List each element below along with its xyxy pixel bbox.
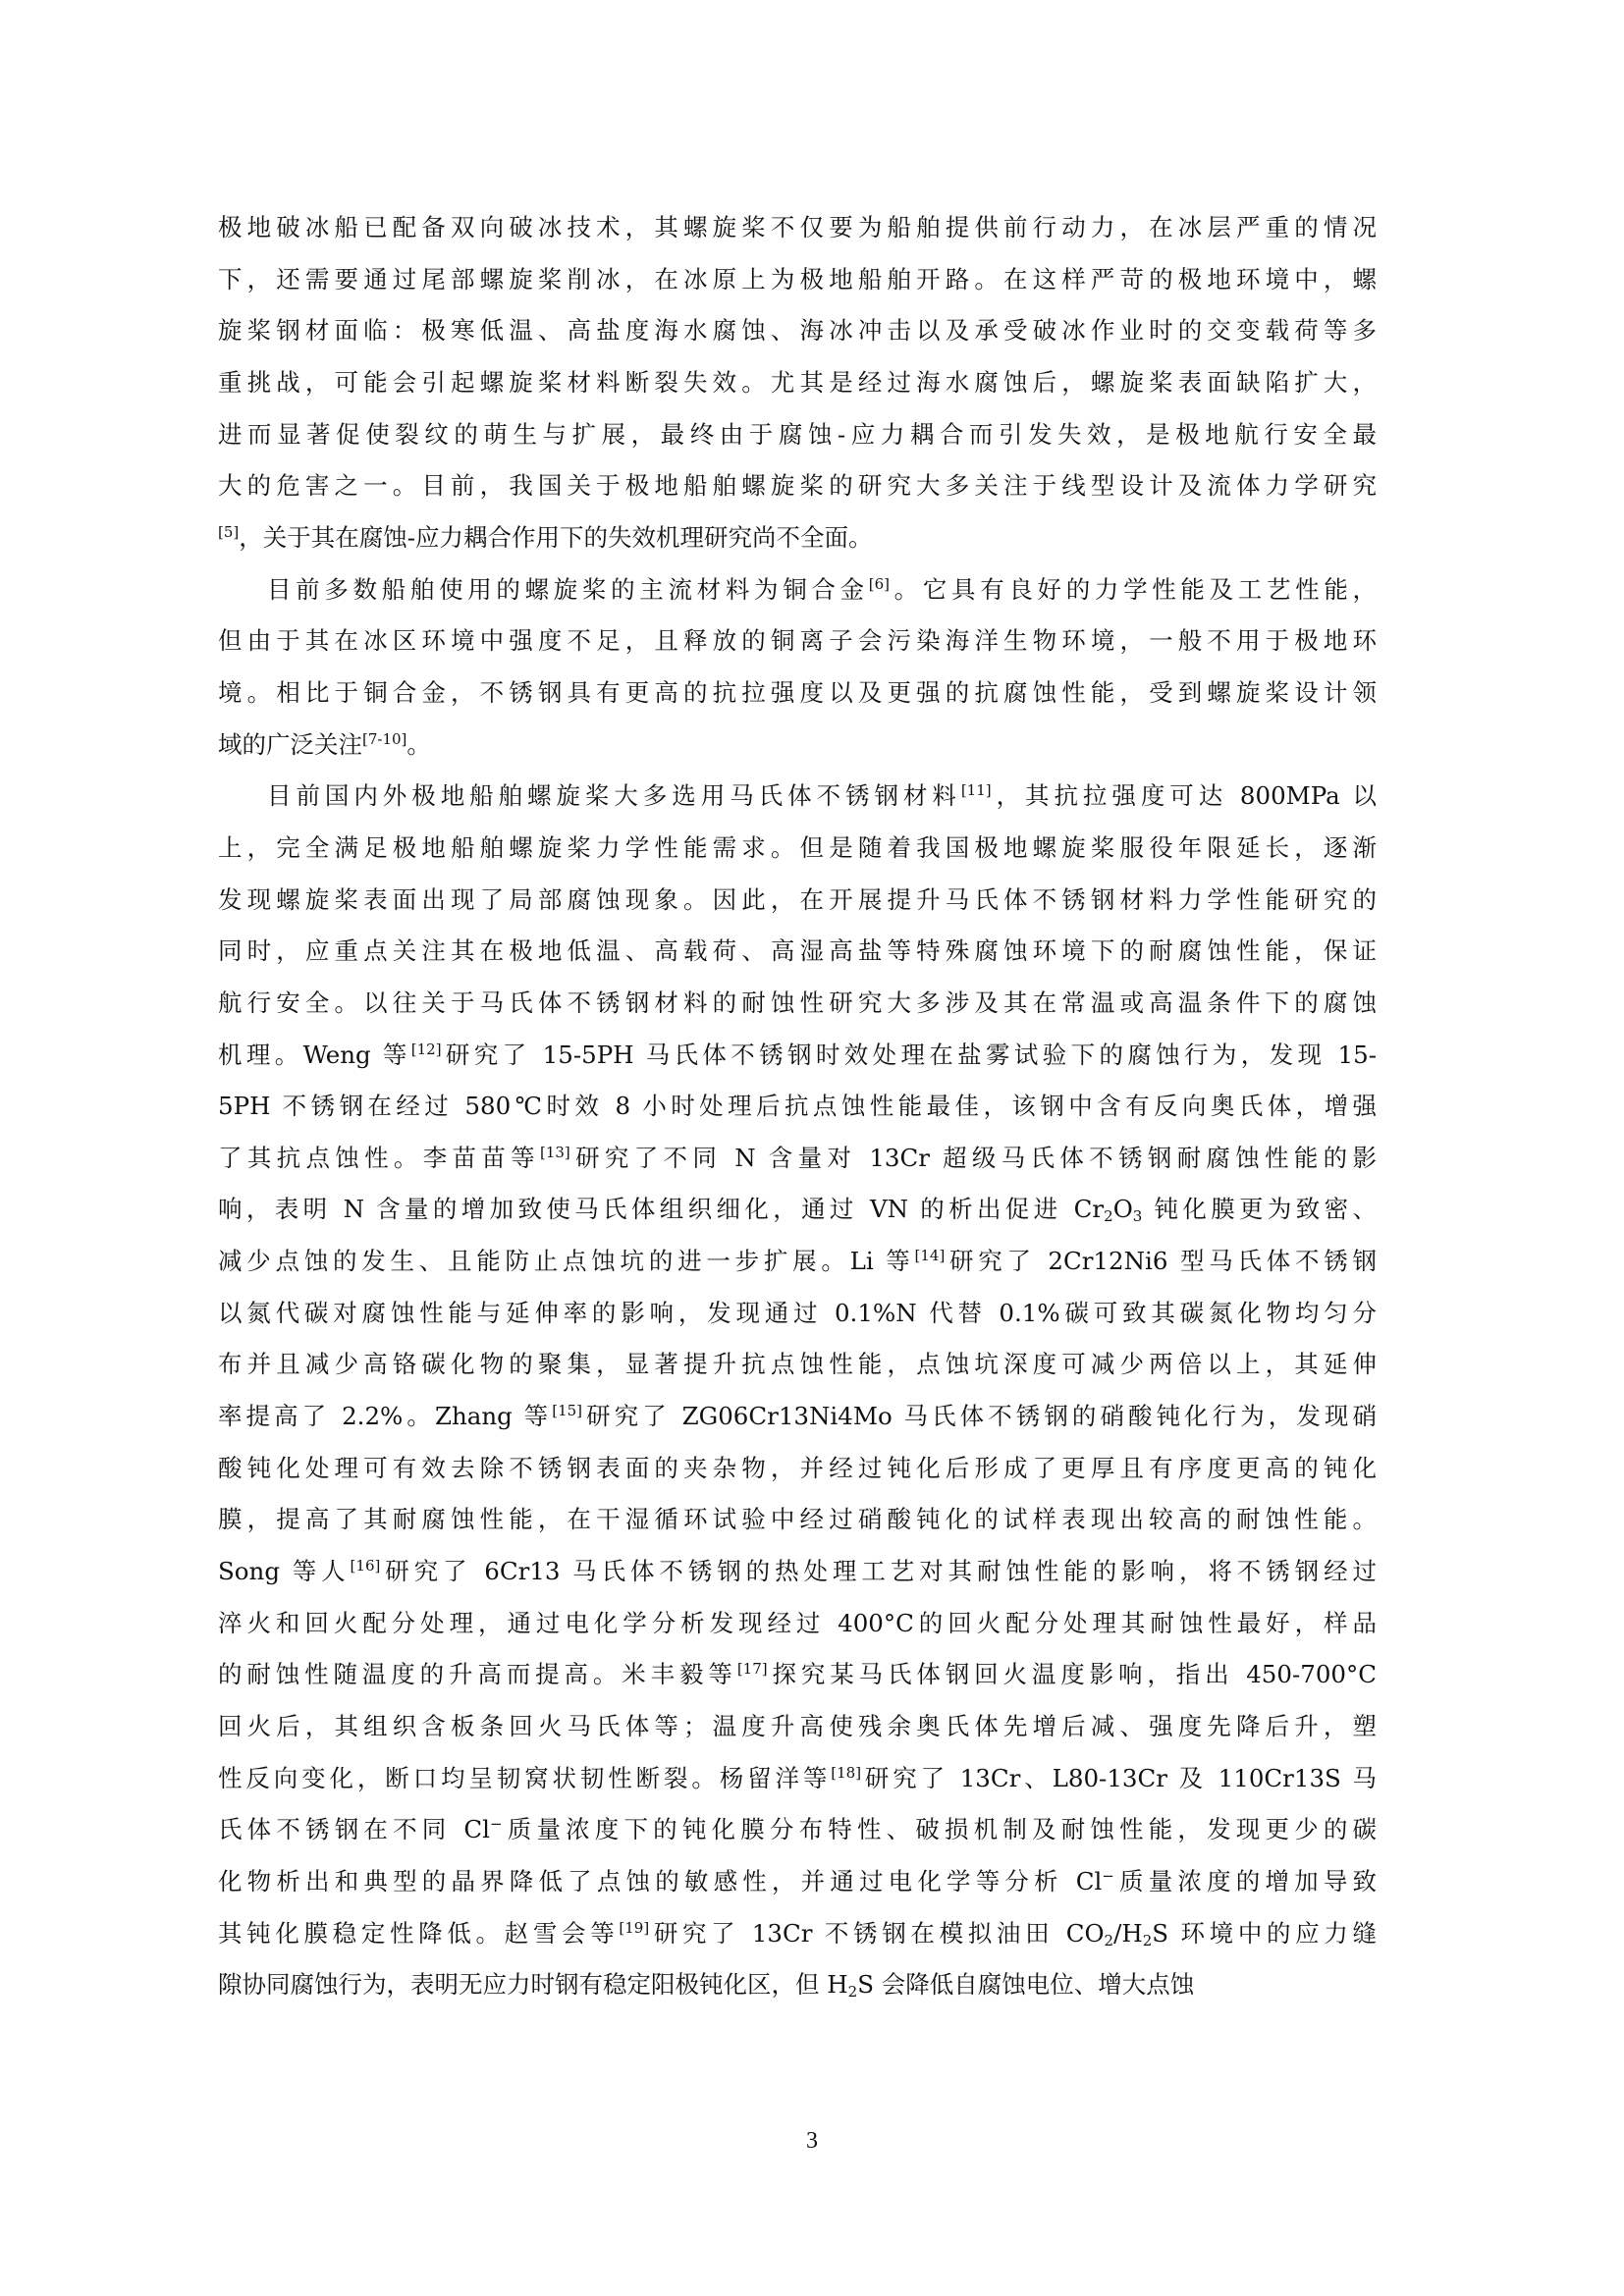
text-segment: 膜，提高了其耐腐蚀性能，在干湿循环试验中经过硝酸钝化的试样表现出较高的耐蚀性能。 [218,1505,1377,1533]
citation-reference: [17] [737,1660,768,1678]
text-segment: 性反向变化，断口均呈韧窝状韧性断裂。杨留洋等 [218,1764,831,1792]
page-number: 3 [0,2128,1624,2155]
text-line: 5PH 不锈钢在经过 580℃时效 8 小时处理后抗点蚀性能最佳，该钢中含有反向… [218,1081,1377,1133]
text-segment: 重挑战，可能会引起螺旋桨材料断裂失效。尤其是经过海水腐蚀后，螺旋桨表面缺陷扩大， [218,368,1377,397]
text-line: 上，完全满足极地船舶螺旋桨力学性能需求。但是随着我国极地螺旋桨服役年限延长，逐渐 [218,823,1377,875]
text-segment: ，关于其在腐蚀-应力耦合作用下的失效机理研究尚不全面。 [239,523,872,552]
text-line: 淬火和回火配分处理，通过电化学分析发现经过 400°C的回火配分处理其耐蚀性最好… [218,1598,1377,1650]
text-segment: 率提高了 2.2%。Zhang 等 [218,1402,552,1430]
text-segment: Song 等人 [218,1557,351,1585]
citation-reference: [15] [552,1402,582,1419]
text-segment: O [1113,1195,1133,1223]
text-line: 机理。Weng 等[12]研究了 15-5PH 马氏体不锈钢时效处理在盐雾试验下… [218,1030,1377,1082]
text-segment: 极地破冰船已配备双向破冰技术，其螺旋桨不仅要为船舶提供前行动力，在冰层严重的情况 [218,213,1377,241]
text-line: 发现螺旋桨表面出现了局部腐蚀现象。因此，在开展提升马氏体不锈钢材料力学性能研究的 [218,875,1377,927]
text-line: 布并且减少高铬碳化物的聚集，显著提升抗点蚀性能，点蚀坑深度可减少两倍以上，其延伸 [218,1339,1377,1391]
text-line: 率提高了 2.2%。Zhang 等[15]研究了 ZG06Cr13Ni4Mo 马… [218,1391,1377,1443]
subscript: 3 [1133,1207,1143,1225]
text-line: 极地破冰船已配备双向破冰技术，其螺旋桨不仅要为船舶提供前行动力，在冰层严重的情况 [218,202,1377,254]
text-segment: 大的危害之一。目前，我国关于极地船舶螺旋桨的研究大多关注于线型设计及流体力学研究 [218,471,1377,500]
text-segment: 其钝化膜稳定性降低。赵雪会等 [218,1919,619,1948]
subscript: 2 [848,1983,858,2001]
text-segment: 目前多数船舶使用的螺旋桨的主流材料为铜合金 [267,575,869,604]
text-line: 其钝化膜稳定性降低。赵雪会等[19]研究了 13Cr 不锈钢在模拟油田 CO2/… [218,1908,1377,1960]
text-line: 目前国内外极地船舶螺旋桨大多选用马氏体不锈钢材料[11]，其抗拉强度可达 800… [218,771,1377,823]
text-segment: 。 [406,730,431,759]
text-line: 膜，提高了其耐腐蚀性能，在干湿循环试验中经过硝酸钝化的试样表现出较高的耐蚀性能。 [218,1494,1377,1546]
text-line: 下，还需要通过尾部螺旋桨削冰，在冰原上为极地船舶开路。在这样严苛的极地环境中，螺 [218,254,1377,306]
text-segment: 氏体不锈钢在不同 Cl [218,1815,490,1843]
text-segment: ，其抗拉强度可达 800MPa 以 [992,781,1377,810]
text-segment: 探究某马氏体钢回火温度影响，指出 450-700°C [768,1660,1377,1688]
citation-reference: [6] [869,575,890,593]
text-segment: 研究了 13Cr、L80-13Cr 及 110Cr13S 马 [861,1764,1377,1792]
text-segment: 同时，应重点关注其在极地低温、高载荷、高湿高盐等特殊腐蚀环境下的耐腐蚀性能，保证 [218,936,1377,965]
text-line: 氏体不锈钢在不同 Cl−质量浓度下的钝化膜分布特性、破损机制及耐蚀性能，发现更少… [218,1804,1377,1856]
citation-reference: [12] [411,1041,442,1058]
text-line: 减少点蚀的发生、且能防止点蚀坑的进一步扩展。Li 等[14]研究了 2Cr12N… [218,1236,1377,1288]
text-segment: 航行安全。以往关于马氏体不锈钢材料的耐蚀性研究大多涉及其在常温或高温条件下的腐蚀 [218,988,1377,1017]
text-segment: 域的广泛关注 [218,730,362,759]
text-line: 域的广泛关注[7-10]。 [218,720,1377,772]
citation-reference: [18] [831,1764,861,1782]
superscript: − [1102,1867,1114,1885]
text-segment: 研究了 2Cr12Ni6 型马氏体不锈钢 [945,1247,1377,1275]
text-segment: S 环境中的应力缝 [1152,1919,1377,1948]
text-segment: 布并且减少高铬碳化物的聚集，显著提升抗点蚀性能，点蚀坑深度可减少两倍以上，其延伸 [218,1350,1377,1378]
text-line: 性反向变化，断口均呈韧窝状韧性断裂。杨留洋等[18]研究了 13Cr、L80-1… [218,1753,1377,1805]
text-line: 目前多数船舶使用的螺旋桨的主流材料为铜合金[6]。它具有良好的力学性能及工艺性能… [218,564,1377,616]
text-segment: 旋桨钢材面临：极寒低温、高盐度海水腐蚀、海冰冲击以及承受破冰作业时的交变载荷等多 [218,316,1377,345]
paragraph: 目前国内外极地船舶螺旋桨大多选用马氏体不锈钢材料[11]，其抗拉强度可达 800… [218,771,1377,2011]
citation-reference: [19] [619,1919,649,1937]
text-segment: 了其抗点蚀性。李苗苗等 [218,1144,540,1172]
body-text: 极地破冰船已配备双向破冰技术，其螺旋桨不仅要为船舶提供前行动力，在冰层严重的情况… [218,202,1377,2011]
text-segment: 回火后，其组织含板条回火马氏体等；温度升高使残余奥氏体先增后减、强度先降后升，塑 [218,1712,1377,1740]
citation-reference: [13] [540,1144,570,1161]
text-segment: 隙协同腐蚀行为，表明无应力时钢有稳定阳极钝化区，但 H [218,1970,848,1999]
text-segment: 境。相比于铜合金，不锈钢具有更高的抗拉强度以及更强的抗腐蚀性能，受到螺旋桨设计领 [218,678,1377,707]
text-line: 酸钝化处理可有效去除不锈钢表面的夹杂物，并经过钝化后形成了更厚且有序度更高的钝化 [218,1443,1377,1495]
superscript: − [490,1815,503,1833]
text-line: Song 等人[16]研究了 6Cr13 马氏体不锈钢的热处理工艺对其耐蚀性能的… [218,1546,1377,1598]
paragraph: 目前多数船舶使用的螺旋桨的主流材料为铜合金[6]。它具有良好的力学性能及工艺性能… [218,564,1377,772]
text-segment: 质量浓度的增加导致 [1114,1867,1377,1896]
text-segment: 但由于其在冰区环境中强度不足，且释放的铜离子会污染海洋生物环境，一般不用于极地环 [218,626,1377,655]
text-segment: S 会降低自腐蚀电位、增大点蚀 [857,1970,1194,1999]
text-line: 境。相比于铜合金，不锈钢具有更高的抗拉强度以及更强的抗腐蚀性能，受到螺旋桨设计领 [218,667,1377,720]
text-segment: 以氮代碳对腐蚀性能与延伸率的影响，发现通过 0.1%N 代替 0.1%碳可致其碳… [218,1299,1377,1327]
text-line: 重挑战，可能会引起螺旋桨材料断裂失效。尤其是经过海水腐蚀后，螺旋桨表面缺陷扩大， [218,357,1377,409]
text-line: 以氮代碳对腐蚀性能与延伸率的影响，发现通过 0.1%N 代替 0.1%碳可致其碳… [218,1288,1377,1340]
text-segment: 酸钝化处理可有效去除不锈钢表面的夹杂物，并经过钝化后形成了更厚且有序度更高的钝化 [218,1454,1377,1482]
text-segment: 上，完全满足极地船舶螺旋桨力学性能需求。但是随着我国极地螺旋桨服役年限延长，逐渐 [218,833,1377,862]
text-segment: /H [1113,1919,1143,1948]
text-line: 回火后，其组织含板条回火马氏体等；温度升高使残余奥氏体先增后减、强度先降后升，塑 [218,1701,1377,1753]
text-line: 但由于其在冰区环境中强度不足，且释放的铜离子会污染海洋生物环境，一般不用于极地环 [218,615,1377,667]
text-segment: 研究了 ZG06Cr13Ni4Mo 马氏体不锈钢的硝酸钝化行为，发现硝 [582,1402,1377,1430]
citation-reference: [5] [218,523,239,541]
text-segment: 进而显著促使裂纹的萌生与扩展，最终由于腐蚀-应力耦合而引发失效，是极地航行安全最 [218,420,1377,449]
text-segment: 目前国内外极地船舶螺旋桨大多选用马氏体不锈钢材料 [267,781,961,810]
text-segment: 5PH 不锈钢在经过 580℃时效 8 小时处理后抗点蚀性能最佳，该钢中含有反向… [218,1092,1377,1120]
paragraph: 极地破冰船已配备双向破冰技术，其螺旋桨不仅要为船舶提供前行动力，在冰层严重的情况… [218,202,1377,564]
subscript: 2 [1143,1932,1153,1949]
text-line: 的耐蚀性随温度的升高而提高。米丰毅等[17]探究某马氏体钢回火温度影响，指出 4… [218,1649,1377,1701]
citation-reference: [7-10] [362,730,406,748]
citation-reference: [14] [915,1247,946,1264]
text-segment: 研究了 13Cr 不锈钢在模拟油田 CO [649,1919,1104,1948]
text-line: 了其抗点蚀性。李苗苗等[13]研究了不同 N 含量对 13Cr 超级马氏体不锈钢… [218,1133,1377,1185]
text-segment: 质量浓度下的钝化膜分布特性、破损机制及耐蚀性能，发现更少的碳 [503,1815,1377,1843]
text-segment: 化物析出和典型的晶界降低了点蚀的敏感性，并通过电化学等分析 Cl [218,1867,1102,1896]
text-line: 进而显著促使裂纹的萌生与扩展，最终由于腐蚀-应力耦合而引发失效，是极地航行安全最 [218,409,1377,461]
text-segment: 淬火和回火配分处理，通过电化学分析发现经过 400°C的回火配分处理其耐蚀性最好… [218,1609,1377,1637]
text-segment: 研究了不同 N 含量对 13Cr 超级马氏体不锈钢耐腐蚀性能的影 [570,1144,1377,1172]
text-segment: 下，还需要通过尾部螺旋桨削冰，在冰原上为极地船舶开路。在这样严苛的极地环境中，螺 [218,265,1377,294]
citation-reference: [11] [961,781,992,799]
text-line: 大的危害之一。目前，我国关于极地船舶螺旋桨的研究大多关注于线型设计及流体力学研究 [218,460,1377,512]
subscript: 2 [1105,1932,1114,1949]
subscript: 2 [1104,1207,1113,1225]
text-line: 隙协同腐蚀行为，表明无应力时钢有稳定阳极钝化区，但 H2S 会降低自腐蚀电位、增… [218,1959,1377,2011]
text-line: 旋桨钢材面临：极寒低温、高盐度海水腐蚀、海冰冲击以及承受破冰作业时的交变载荷等多 [218,305,1377,357]
text-segment: 钝化膜更为致密、 [1142,1195,1377,1223]
text-line: [5]，关于其在腐蚀-应力耦合作用下的失效机理研究尚不全面。 [218,512,1377,564]
text-segment: 减少点蚀的发生、且能防止点蚀坑的进一步扩展。Li 等 [218,1247,915,1275]
citation-reference: [16] [351,1557,381,1575]
text-line: 化物析出和典型的晶界降低了点蚀的敏感性，并通过电化学等分析 Cl−质量浓度的增加… [218,1856,1377,1908]
text-line: 响，表明 N 含量的增加致使马氏体组织细化，通过 VN 的析出促进 Cr2O3 … [218,1184,1377,1236]
text-segment: 的耐蚀性随温度的升高而提高。米丰毅等 [218,1660,737,1688]
text-segment: 研究了 6Cr13 马氏体不锈钢的热处理工艺对其耐蚀性能的影响，将不锈钢经过 [380,1557,1377,1585]
document-page: 极地破冰船已配备双向破冰技术，其螺旋桨不仅要为船舶提供前行动力，在冰层严重的情况… [0,0,1624,2296]
text-segment: 。它具有良好的力学性能及工艺性能， [890,575,1377,604]
text-segment: 机理。Weng 等 [218,1041,411,1069]
text-line: 航行安全。以往关于马氏体不锈钢材料的耐蚀性研究大多涉及其在常温或高温条件下的腐蚀 [218,978,1377,1030]
text-segment: 响，表明 N 含量的增加致使马氏体组织细化，通过 VN 的析出促进 Cr [218,1195,1104,1223]
text-segment: 研究了 15-5PH 马氏体不锈钢时效处理在盐雾试验下的腐蚀行为，发现 15- [442,1041,1377,1069]
text-line: 同时，应重点关注其在极地低温、高载荷、高湿高盐等特殊腐蚀环境下的耐腐蚀性能，保证 [218,926,1377,978]
text-segment: 发现螺旋桨表面出现了局部腐蚀现象。因此，在开展提升马氏体不锈钢材料力学性能研究的 [218,885,1377,914]
